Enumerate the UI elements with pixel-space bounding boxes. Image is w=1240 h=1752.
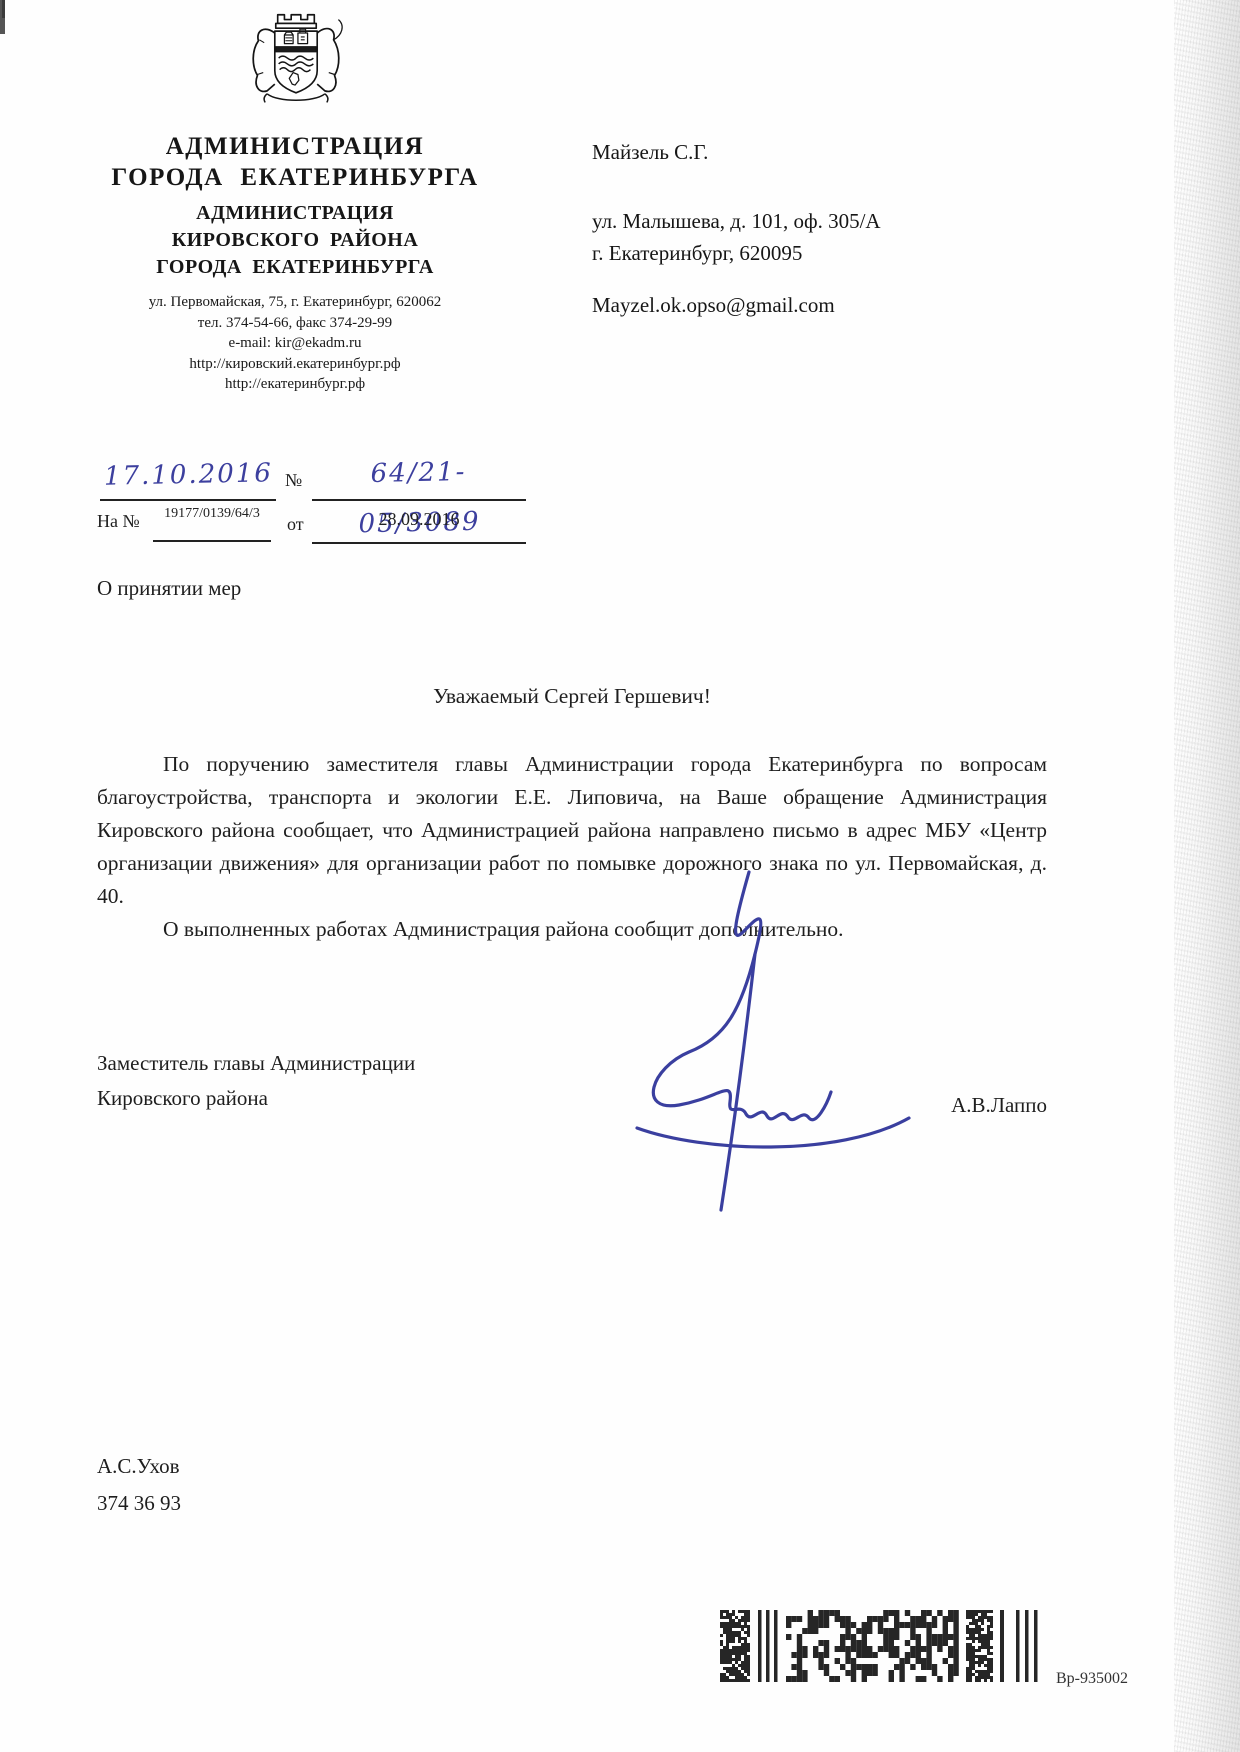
org-name-city: АДМИНИСТРАЦИЯ ГОРОДА ЕКАТЕРИНБУРГА: [60, 131, 530, 193]
recipient-address-line1: ул. Малышева, д. 101, оф. 305/А: [592, 205, 1062, 237]
executor-block: А.С.Ухов 374 36 93: [97, 1448, 181, 1522]
recipient-name: Майзель С.Г.: [592, 140, 1062, 165]
recipient-address-line2: г. Екатеринбург, 620095: [592, 237, 1062, 269]
executor-name: А.С.Ухов: [97, 1448, 181, 1485]
org-name-line: АДМИНИСТРАЦИЯ: [60, 131, 530, 162]
org-name-district: АДМИНИСТРАЦИЯ КИРОВСКОГО РАЙОНА ГОРОДА Е…: [60, 200, 530, 281]
letter-date-field: 17.10.2016: [100, 452, 276, 501]
scanner-noise-band: [1174, 0, 1240, 1752]
incoming-date-field: 28.09.2016: [312, 501, 526, 544]
barcode: [720, 1610, 1052, 1682]
signer-title: Заместитель главы Администрации Кировско…: [97, 1046, 415, 1116]
recipient-block: Майзель С.Г. ул. Малышева, д. 101, оф. 3…: [592, 140, 1062, 318]
org-name-line: КИРОВСКОГО РАЙОНА: [60, 227, 530, 254]
org-name-line: АДМИНИСТРАЦИЯ: [60, 200, 530, 227]
letter-number-field: 64/21-05/3089: [312, 448, 526, 501]
executor-phone: 374 36 93: [97, 1485, 181, 1522]
letter-date-handwritten: 17.10.2016: [103, 450, 273, 500]
org-website-district: http://кировский.екатеринбург.рф: [40, 354, 550, 375]
org-name-line: ГОРОДА ЕКАТЕРИНБУРГА: [60, 254, 530, 281]
org-contact-block: ул. Первомайская, 75, г. Екатеринбург, 6…: [40, 292, 550, 395]
org-name-line: ГОРОДА ЕКАТЕРИНБУРГА: [60, 162, 530, 193]
incoming-number-field: 19177/0139/64/3: [153, 503, 271, 542]
handwritten-signature: [628, 862, 918, 1214]
from-label: от: [287, 514, 304, 535]
signer-title-line2: Кировского района: [97, 1081, 415, 1116]
barcode-label: Bp-935002: [1056, 1670, 1128, 1688]
org-address: ул. Первомайская, 75, г. Екатеринбург, 6…: [40, 292, 550, 313]
org-website-city: http://екатеринбург.рф: [40, 374, 550, 395]
incoming-number-label: На №: [97, 511, 140, 532]
number-sign-label: №: [285, 470, 302, 491]
scan-artifact: [2, 0, 5, 18]
recipient-email: Mayzel.ok.opso@gmail.com: [592, 293, 1062, 318]
letter-subject: О принятии мер: [97, 576, 241, 601]
scanned-letter-page: АДМИНИСТРАЦИЯ ГОРОДА ЕКАТЕРИНБУРГА АДМИН…: [0, 0, 1240, 1752]
org-phone: тел. 374-54-66, факс 374-29-99: [40, 313, 550, 334]
signer-name: А.В.Лаппо: [900, 1093, 1047, 1118]
coat-of-arms-icon: [243, 6, 349, 116]
signer-title-line1: Заместитель главы Администрации: [97, 1046, 415, 1081]
letter-greeting: Уважаемый Сергей Гершевич!: [97, 684, 1047, 709]
org-email: e-mail: kir@ekadm.ru: [40, 333, 550, 354]
